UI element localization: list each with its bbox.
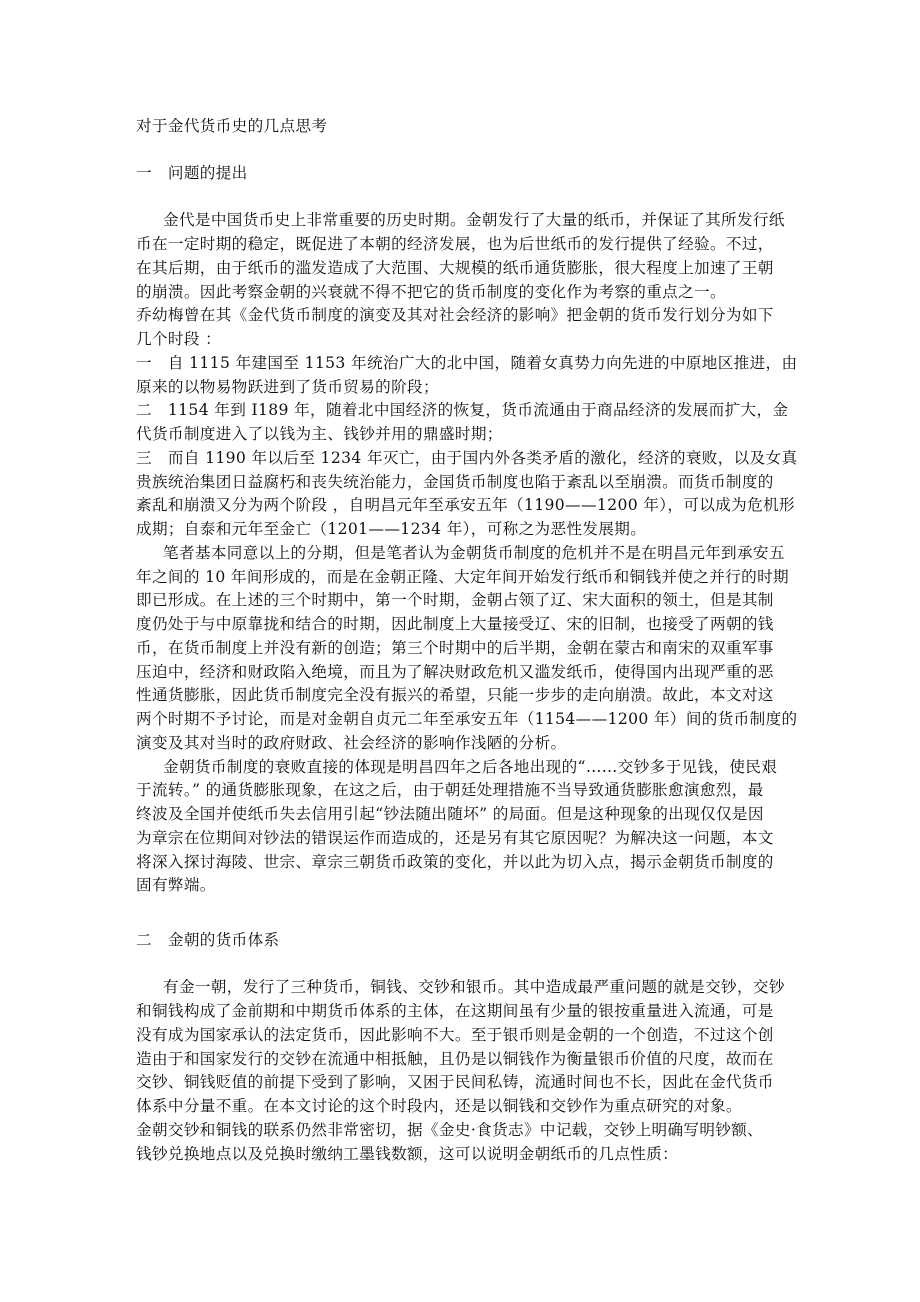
document-title: 对于金代货币史的几点思考 [136, 116, 327, 136]
paragraph-line: 金朝交钞和铜钱的联系仍然非常密切，据《金史·食货志》中记载，交钞上明确写明钞额、 [136, 1120, 763, 1140]
paragraph-line: 造由于和国家发行的交钞在流通中相抵触，且仍是以铜钱作为衡量银币价值的尺度，故而在 [136, 1049, 774, 1069]
list-item-period-1: 一 自 1115 年建国至 1153 年统治广大的北中国，随着女真势力向先进的中… [136, 353, 797, 373]
paragraph-line: 乔幼梅曾在其《金代货币制度的演变及其对社会经济的影响》把金朝的货币发行划分为如下 [136, 305, 774, 325]
paragraph-line: 几个时段 ： [136, 329, 221, 349]
list-item-period-3: 三 而自 1190 年以后至 1234 年灭亡，由于国内外各类矛盾的激化，经济的… [136, 448, 797, 468]
paragraph-line: 交钞、铜钱贬值的前提下受到了影响，又困于民间私铸，流通时间也不长，因此在金代货币 [136, 1072, 774, 1092]
paragraph-line: 代货币制度进入了以钱为主、钱钞并用的鼎盛时期； [136, 424, 503, 444]
paragraph-line: 有金一朝，发行了三种货币，铜钱、交钞和银币。其中造成最严重问题的就是交钞，交钞 [136, 977, 785, 997]
paragraph-line: 金代是中国货币史上非常重要的历史时期。金朝发行了大量的纸币，并保证了其所发行纸 [136, 210, 785, 230]
paragraph-line: 原来的以物易物跃进到了货币贸易的阶段； [136, 377, 439, 397]
paragraph-line: 币，在货币制度上并没有新的创造；第三个时期中的后半期，金朝在蒙古和南宋的双重军事 [136, 638, 774, 658]
paragraph-line: 终波及全国并使纸币失去信用引起“钞法随出随坏” 的局面。但是这种现象的出现仅仅是… [136, 804, 764, 824]
paragraph-line: 于流转。” 的通货膨胀现象，在这之后，由于朝廷处理措施不当导致通货膨胀愈演愈烈，… [136, 780, 764, 800]
paragraph-line: 和铜钱构成了金前期和中期货币体系的主体，在这期间虽有少量的银按重量进入流通，可是 [136, 1001, 774, 1021]
paragraph-line: 币在一定时期的稳定，既促进了本朝的经济发展，也为后世纸币的发行提供了经验。不过， [136, 234, 774, 254]
paragraph-line: 在其后期，由于纸币的滥发造成了大范围、大规模的纸币通货膨胀，很大程度上加速了王朝 [136, 258, 774, 278]
paragraph-line: 没有成为国家承认的法定货币，因此影响不大。至于银币则是金朝的一个创造，不过这个创 [136, 1025, 774, 1045]
paragraph-line: 性通货膨胀，因此货币制度完全没有振兴的希望，只能一步步的走向崩溃。故此，本文对这 [136, 685, 774, 705]
paragraph-line: 演变及其对当时的政府财政、社会经济的影响作浅陋的分析。 [136, 733, 566, 753]
paragraph-line: 的崩溃。因此考察金朝的兴衰就不得不把它的货币制度的变化作为考察的重点之一。 [136, 282, 726, 302]
paragraph-line: 成期；自泰和元年至金亡（1201——1234 年），可称之为恶性发展期。 [136, 519, 646, 539]
paragraph-line: 为章宗在位期间对钞法的错误运作而造成的，还是另有其它原因呢？为解决这一问题，本文 [136, 828, 774, 848]
paragraph-line: 即已形成。在上述的三个时期中，第一个时期，金朝占领了辽、宋大面积的领土，但是其制 [136, 590, 774, 610]
paragraph-line: 两个时期不予讨论，而是对金朝自贞元二年至承安五年（1154——1200 年）间的… [136, 709, 797, 729]
paragraph-line: 贵族统治集团日益腐朽和丧失统治能力，金国货币制度也陷于紊乱以至崩溃。而货币制度的 [136, 472, 774, 492]
paragraph-line: 年之间的 10 年间形成的，而是在金朝正隆、大定年间开始发行纸币和铜钱并使之并行… [136, 567, 789, 587]
list-item-period-2: 二 1154 年到 I189 年，随着北中国经济的恢复，货币流通由于商品经济的发… [136, 400, 788, 420]
paragraph-line: 压迫中，经济和财政陷入绝境，而且为了解决财政危机又滥发纸币，使得国内出现严重的恶 [136, 662, 774, 682]
paragraph-line: 度仍处于与中原靠拢和结合的时期，因此制度上大量接受辽、宋的旧制，也接受了两朝的钱 [136, 614, 774, 634]
paragraph-line: 将深入探讨海陵、世宗、章宗三朝货币政策的变化，并以此为切入点，揭示金朝货币制度的 [136, 852, 774, 872]
paragraph-line: 体系中分量不重。在本文讨论的这个时段内，还是以铜钱和交钞作为重点研究的对象。 [136, 1096, 742, 1116]
section-heading-2: 二 金朝的货币体系 [136, 930, 280, 950]
section-heading-1: 一 问题的提出 [136, 163, 248, 183]
paragraph-line: 紊乱和崩溃又分为两个阶段 ，自明昌元年至承安五年（1190——1200 年），可… [136, 495, 795, 515]
paragraph-line: 钱钞兑换地点以及兑换时缴纳工墨钱数额，这可以说明金朝纸币的几点性质： [136, 1144, 678, 1164]
paragraph-line: 固有弊端。 [136, 875, 216, 895]
paragraph-line: 金朝货币制度的衰败直接的体现是明昌四年之后各地出现的“……交钞多于见钱，使民艰 [136, 757, 777, 777]
paragraph-line: 笔者基本同意以上的分期，但是笔者认为金朝货币制度的危机并不是在明昌元年到承安五 [136, 543, 785, 563]
